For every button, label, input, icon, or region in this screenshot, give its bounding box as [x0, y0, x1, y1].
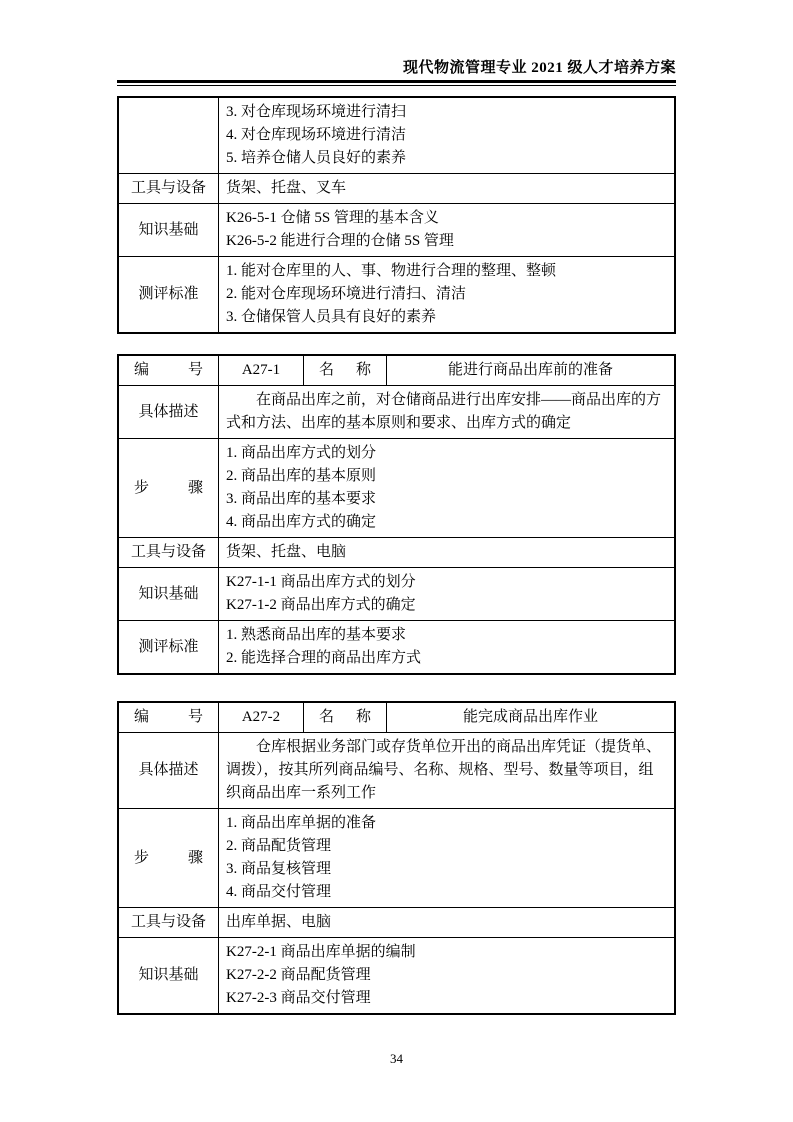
content-line: 3. 商品出库的基本要求	[226, 488, 666, 511]
label-char: 步	[134, 477, 149, 500]
row-label-cell: 步骤	[119, 809, 219, 907]
row-content-cell: 货架、托盘、电脑	[219, 538, 674, 567]
content-line: 5. 培养仓储人员良好的素养	[226, 147, 666, 170]
table-a27-1: 编号A27-1名称能进行商品出库前的准备具体描述在商品出库之前，对仓储商品进行出…	[117, 354, 676, 675]
label-char: 编	[134, 706, 149, 729]
table-row: 步骤1. 商品出库方式的划分2. 商品出库的基本原则3. 商品出库的基本要求4.…	[119, 438, 674, 537]
header-rule-thick	[117, 80, 676, 83]
content-line: 货架、托盘、叉车	[226, 177, 666, 200]
table-row: 具体描述在商品出库之前，对仓储商品进行出库安排——商品出库的方式和方法、出库的基…	[119, 385, 674, 438]
table-row: 工具与设备货架、托盘、叉车	[119, 173, 674, 203]
content-line: 出库单据、电脑	[226, 911, 666, 934]
content-line: K27-1-1 商品出库方式的划分	[226, 571, 666, 594]
table-a27-2: 编号A27-2名称能完成商品出库作业具体描述仓库根据业务部门或存货单位开出的商品…	[117, 701, 676, 1015]
row-content-cell: K27-1-1 商品出库方式的划分K27-1-2 商品出库方式的确定	[219, 568, 674, 620]
name-value-cell: 能完成商品出库作业	[387, 703, 674, 732]
document-page: 现代物流管理专业 2021 级人才培养方案 3. 对仓库现场环境进行清扫4. 对…	[0, 0, 793, 1122]
content-line: 4. 商品交付管理	[226, 881, 666, 904]
row-label-cell: 知识基础	[119, 204, 219, 256]
row-content-cell: 1. 熟悉商品出库的基本要求2. 能选择合理的商品出库方式	[219, 621, 674, 673]
table-row: 知识基础K27-1-1 商品出库方式的划分K27-1-2 商品出库方式的确定	[119, 567, 674, 620]
table-header-row: 编号A27-1名称能进行商品出库前的准备	[119, 356, 674, 385]
content-line: 1. 能对仓库里的人、事、物进行合理的整理、整顿	[226, 260, 666, 283]
table-row: 具体描述仓库根据业务部门或存货单位开出的商品出库凭证（提货单、调拨），按其所列商…	[119, 732, 674, 808]
content-line: 1. 熟悉商品出库的基本要求	[226, 624, 666, 647]
row-content-cell: 1. 商品出库单据的准备2. 商品配货管理3. 商品复核管理4. 商品交付管理	[219, 809, 674, 907]
row-content-cell: 3. 对仓库现场环境进行清扫4. 对仓库现场环境进行清洁5. 培养仓储人员良好的…	[219, 98, 674, 173]
id-label-cell: 编号	[119, 356, 219, 385]
content-line: 2. 商品配货管理	[226, 835, 666, 858]
id-label-cell: 编号	[119, 703, 219, 732]
content-line: K27-1-2 商品出库方式的确定	[226, 594, 666, 617]
content-line: K27-2-3 商品交付管理	[226, 987, 666, 1010]
table-header-row: 编号A27-2名称能完成商品出库作业	[119, 703, 674, 732]
label-char: 名	[319, 359, 334, 382]
row-content-cell: 1. 能对仓库里的人、事、物进行合理的整理、整顿2. 能对仓库现场环境进行清扫、…	[219, 257, 674, 332]
table-row: 步骤1. 商品出库单据的准备2. 商品配货管理3. 商品复核管理4. 商品交付管…	[119, 808, 674, 907]
content-line: K26-5-2 能进行合理的仓储 5S 管理	[226, 230, 666, 253]
page-content: 现代物流管理专业 2021 级人才培养方案 3. 对仓库现场环境进行清扫4. 对…	[117, 0, 676, 1015]
content-line: 2. 商品出库的基本原则	[226, 465, 666, 488]
table-row: 测评标准1. 能对仓库里的人、事、物进行合理的整理、整顿2. 能对仓库现场环境进…	[119, 256, 674, 332]
table-warehouse-5s-continued: 3. 对仓库现场环境进行清扫4. 对仓库现场环境进行清洁5. 培养仓储人员良好的…	[117, 96, 676, 334]
row-label-cell	[119, 98, 219, 173]
label-char: 编	[134, 359, 149, 382]
label-char: 号	[188, 359, 203, 382]
content-line: 3. 商品复核管理	[226, 858, 666, 881]
content-line: K26-5-1 仓储 5S 管理的基本含义	[226, 207, 666, 230]
name-label-cell: 名称	[304, 356, 387, 385]
row-label-cell: 工具与设备	[119, 174, 219, 203]
id-value-cell: A27-1	[219, 356, 304, 385]
row-label-cell: 知识基础	[119, 938, 219, 1013]
row-label-cell: 具体描述	[119, 386, 219, 438]
page-number: 34	[0, 1050, 793, 1068]
content-line: 3. 对仓库现场环境进行清扫	[226, 101, 666, 124]
content-line: 3. 仓储保管人员具有良好的素养	[226, 306, 666, 329]
label-char: 步	[134, 847, 149, 870]
label-char: 骤	[188, 847, 203, 870]
content-line: 4. 商品出库方式的确定	[226, 511, 666, 534]
label-char: 名	[319, 706, 334, 729]
content-line: 4. 对仓库现场环境进行清洁	[226, 124, 666, 147]
id-value-cell: A27-2	[219, 703, 304, 732]
row-content-cell: 1. 商品出库方式的划分2. 商品出库的基本原则3. 商品出库的基本要求4. 商…	[219, 439, 674, 537]
table-row: 工具与设备出库单据、电脑	[119, 907, 674, 937]
row-content-cell: K26-5-1 仓储 5S 管理的基本含义K26-5-2 能进行合理的仓储 5S…	[219, 204, 674, 256]
label-char: 号	[188, 706, 203, 729]
row-label-cell: 知识基础	[119, 568, 219, 620]
row-content-cell: 出库单据、电脑	[219, 908, 674, 937]
row-content-cell: K27-2-1 商品出库单据的编制K27-2-2 商品配货管理K27-2-3 商…	[219, 938, 674, 1013]
label-char: 骤	[188, 477, 203, 500]
row-label-cell: 工具与设备	[119, 538, 219, 567]
row-label-cell: 工具与设备	[119, 908, 219, 937]
table-row: 测评标准1. 熟悉商品出库的基本要求2. 能选择合理的商品出库方式	[119, 620, 674, 673]
row-content-cell: 在商品出库之前，对仓储商品进行出库安排——商品出库的方式和方法、出库的基本原则和…	[219, 386, 674, 438]
content-line: 2. 能选择合理的商品出库方式	[226, 647, 666, 670]
table-row: 知识基础K26-5-1 仓储 5S 管理的基本含义K26-5-2 能进行合理的仓…	[119, 203, 674, 256]
row-content-cell: 仓库根据业务部门或存货单位开出的商品出库凭证（提货单、调拨），按其所列商品编号、…	[219, 733, 674, 808]
content-line: 货架、托盘、电脑	[226, 541, 666, 564]
row-label-cell: 测评标准	[119, 257, 219, 332]
table-row: 3. 对仓库现场环境进行清扫4. 对仓库现场环境进行清洁5. 培养仓储人员良好的…	[119, 98, 674, 173]
description-paragraph: 在商品出库之前，对仓储商品进行出库安排——商品出库的方式和方法、出库的基本原则和…	[226, 389, 666, 435]
label-char: 称	[356, 706, 371, 729]
description-paragraph: 仓库根据业务部门或存货单位开出的商品出库凭证（提货单、调拨），按其所列商品编号、…	[226, 736, 666, 805]
content-line: 1. 商品出库方式的划分	[226, 442, 666, 465]
content-line: K27-2-1 商品出库单据的编制	[226, 941, 666, 964]
header-rule-thin	[117, 85, 676, 87]
name-value-cell: 能进行商品出库前的准备	[387, 356, 674, 385]
row-label-cell: 步骤	[119, 439, 219, 537]
row-label-cell: 具体描述	[119, 733, 219, 808]
row-label-cell: 测评标准	[119, 621, 219, 673]
row-content-cell: 货架、托盘、叉车	[219, 174, 674, 203]
content-line: 1. 商品出库单据的准备	[226, 812, 666, 835]
tables: 3. 对仓库现场环境进行清扫4. 对仓库现场环境进行清洁5. 培养仓储人员良好的…	[117, 96, 676, 1015]
label-char: 称	[356, 359, 371, 382]
name-label-cell: 名称	[304, 703, 387, 732]
table-row: 知识基础K27-2-1 商品出库单据的编制K27-2-2 商品配货管理K27-2…	[119, 937, 674, 1013]
table-row: 工具与设备货架、托盘、电脑	[119, 537, 674, 567]
content-line: K27-2-2 商品配货管理	[226, 964, 666, 987]
content-line: 2. 能对仓库现场环境进行清扫、清洁	[226, 283, 666, 306]
page-header-title: 现代物流管理专业 2021 级人才培养方案	[117, 0, 676, 78]
